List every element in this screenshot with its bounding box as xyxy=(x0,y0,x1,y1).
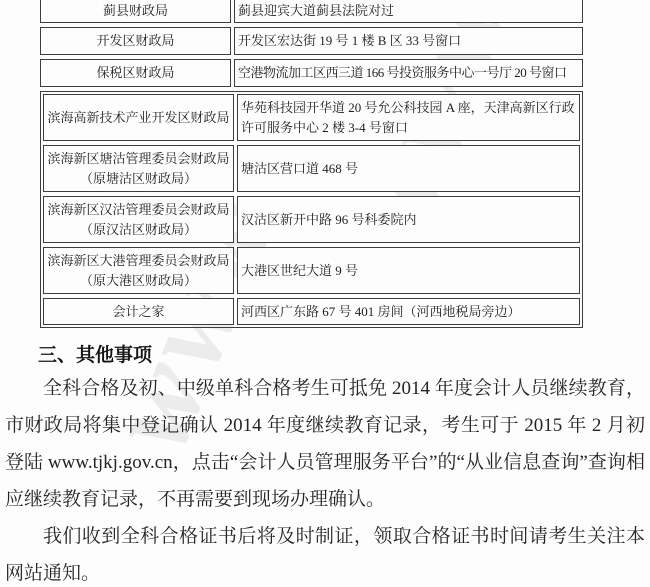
bureau-name: 蓟县财政局 xyxy=(103,1,168,21)
bureau-address-cell: 大港区世纪大道 9 号 xyxy=(237,247,580,294)
bureau-name-cell: 蓟县财政局 xyxy=(40,0,231,23)
bureau-address: 开发区宏达街 19 号 1 楼 B 区 33 号窗口 xyxy=(238,31,461,51)
bureau-name: 滨海新区塘沽管理委员会财政局 xyxy=(47,149,229,169)
table-row: 滨海新区汉沽管理委员会财政局 （原汉沽区财政局） 汉沽区新开中路 96 号科委院… xyxy=(43,196,580,243)
bureau-name: 滨海高新技术产业开发区财政局 xyxy=(47,108,229,128)
bureau-address: 华苑科技园开华道 20 号允公科技园 A 座，天津高新区行政许可服务中心 2 楼… xyxy=(241,98,576,138)
bureau-address-cell: 开发区宏达街 19 号 1 楼 B 区 33 号窗口 xyxy=(234,27,583,55)
table-row: 滨海新区塘沽管理委员会财政局 （原塘沽区财政局） 塘沽区营口道 468 号 xyxy=(43,145,580,192)
bureau-address-cell: 河西区广东路 67 号 401 房间（河西地税局旁边） xyxy=(237,298,580,325)
table-row: 开发区财政局 开发区宏达街 19 号 1 楼 B 区 33 号窗口 xyxy=(40,27,583,55)
bureau-address-cell: 汉沽区新开中路 96 号科委院内 xyxy=(237,196,580,243)
bureau-former-name: （原大港区财政局） xyxy=(80,271,197,291)
bureau-address-cell: 塘沽区营口道 468 号 xyxy=(237,145,580,192)
bureau-name: 开发区财政局 xyxy=(96,31,174,51)
bureau-name-cell: 开发区财政局 xyxy=(40,27,231,55)
bureau-name-cell: 滨海高新技术产业开发区财政局 xyxy=(43,94,234,141)
paragraph-certificate-notice: 我们收到全科合格证书后将及时制证，领取合格证书时间请考生关注本网站通知。 xyxy=(5,518,645,587)
bureau-address-cell: 华苑科技园开华道 20 号允公科技园 A 座，天津高新区行政许可服务中心 2 楼… xyxy=(237,94,580,141)
finance-bureau-address-table: 蓟县财政局 蓟县迎宾大道蓟县法院对过 开发区财政局 开发区宏达街 19 号 1 … xyxy=(40,0,583,328)
bureau-former-name: （原塘沽区财政局） xyxy=(80,169,197,189)
bureau-former-name: （原汉沽区财政局） xyxy=(80,220,197,240)
bureau-address-cell: 蓟县迎宾大道蓟县法院对过 xyxy=(234,0,583,23)
bureau-name-cell: 滨海新区大港管理委员会财政局 （原大港区财政局） xyxy=(43,247,234,294)
bureau-address: 塘沽区营口道 468 号 xyxy=(241,159,358,179)
bureau-address: 河西区广东路 67 号 401 房间（河西地税局旁边） xyxy=(241,302,521,322)
bureau-name: 保税区财政局 xyxy=(96,63,174,83)
paragraph-continuing-education: 全科合格及初、中级单科合格考生可抵免 2014 年度会计人员继续教育，市财政局将… xyxy=(5,370,645,518)
bureau-name: 滨海新区大港管理委员会财政局 xyxy=(47,251,229,271)
bureau-name-cell: 滨海新区汉沽管理委员会财政局 （原汉沽区财政局） xyxy=(43,196,234,243)
bureau-name-cell: 保税区财政局 xyxy=(40,59,231,87)
table-row: 保税区财政局 空港物流加工区西三道 166 号投资服务中心一号厅 20 号窗口 xyxy=(40,59,583,87)
bureau-name: 滨海新区汉沽管理委员会财政局 xyxy=(47,200,229,220)
bureau-name: 会计之家 xyxy=(112,302,164,322)
table-row: 滨海新区大港管理委员会财政局 （原大港区财政局） 大港区世纪大道 9 号 xyxy=(43,247,580,294)
bureau-address: 汉沽区新开中路 96 号科委院内 xyxy=(241,210,417,230)
bureau-address: 大港区世纪大道 9 号 xyxy=(241,261,358,281)
document-page: www www 蓟县财政局 蓟县迎宾大道蓟县法院对过 开发区财政局 开发区宏达街… xyxy=(0,0,650,587)
table-row: 会计之家 河西区广东路 67 号 401 房间（河西地税局旁边） xyxy=(43,298,580,325)
bureau-name-cell: 滨海新区塘沽管理委员会财政局 （原塘沽区财政局） xyxy=(43,145,234,192)
table-row: 蓟县财政局 蓟县迎宾大道蓟县法院对过 xyxy=(40,0,583,23)
bureau-address: 蓟县迎宾大道蓟县法院对过 xyxy=(238,1,394,21)
table-row: 滨海高新技术产业开发区财政局 华苑科技园开华道 20 号允公科技园 A 座，天津… xyxy=(43,94,580,141)
bureau-address-cell: 空港物流加工区西三道 166 号投资服务中心一号厅 20 号窗口 xyxy=(234,59,583,87)
bureau-address: 空港物流加工区西三道 166 号投资服务中心一号厅 20 号窗口 xyxy=(238,63,567,83)
table-lower-group: 滨海高新技术产业开发区财政局 华苑科技园开华道 20 号允公科技园 A 座，天津… xyxy=(40,91,583,328)
bureau-name-cell: 会计之家 xyxy=(43,298,234,325)
section-heading-other-matters: 三、其他事项 xyxy=(38,342,645,370)
